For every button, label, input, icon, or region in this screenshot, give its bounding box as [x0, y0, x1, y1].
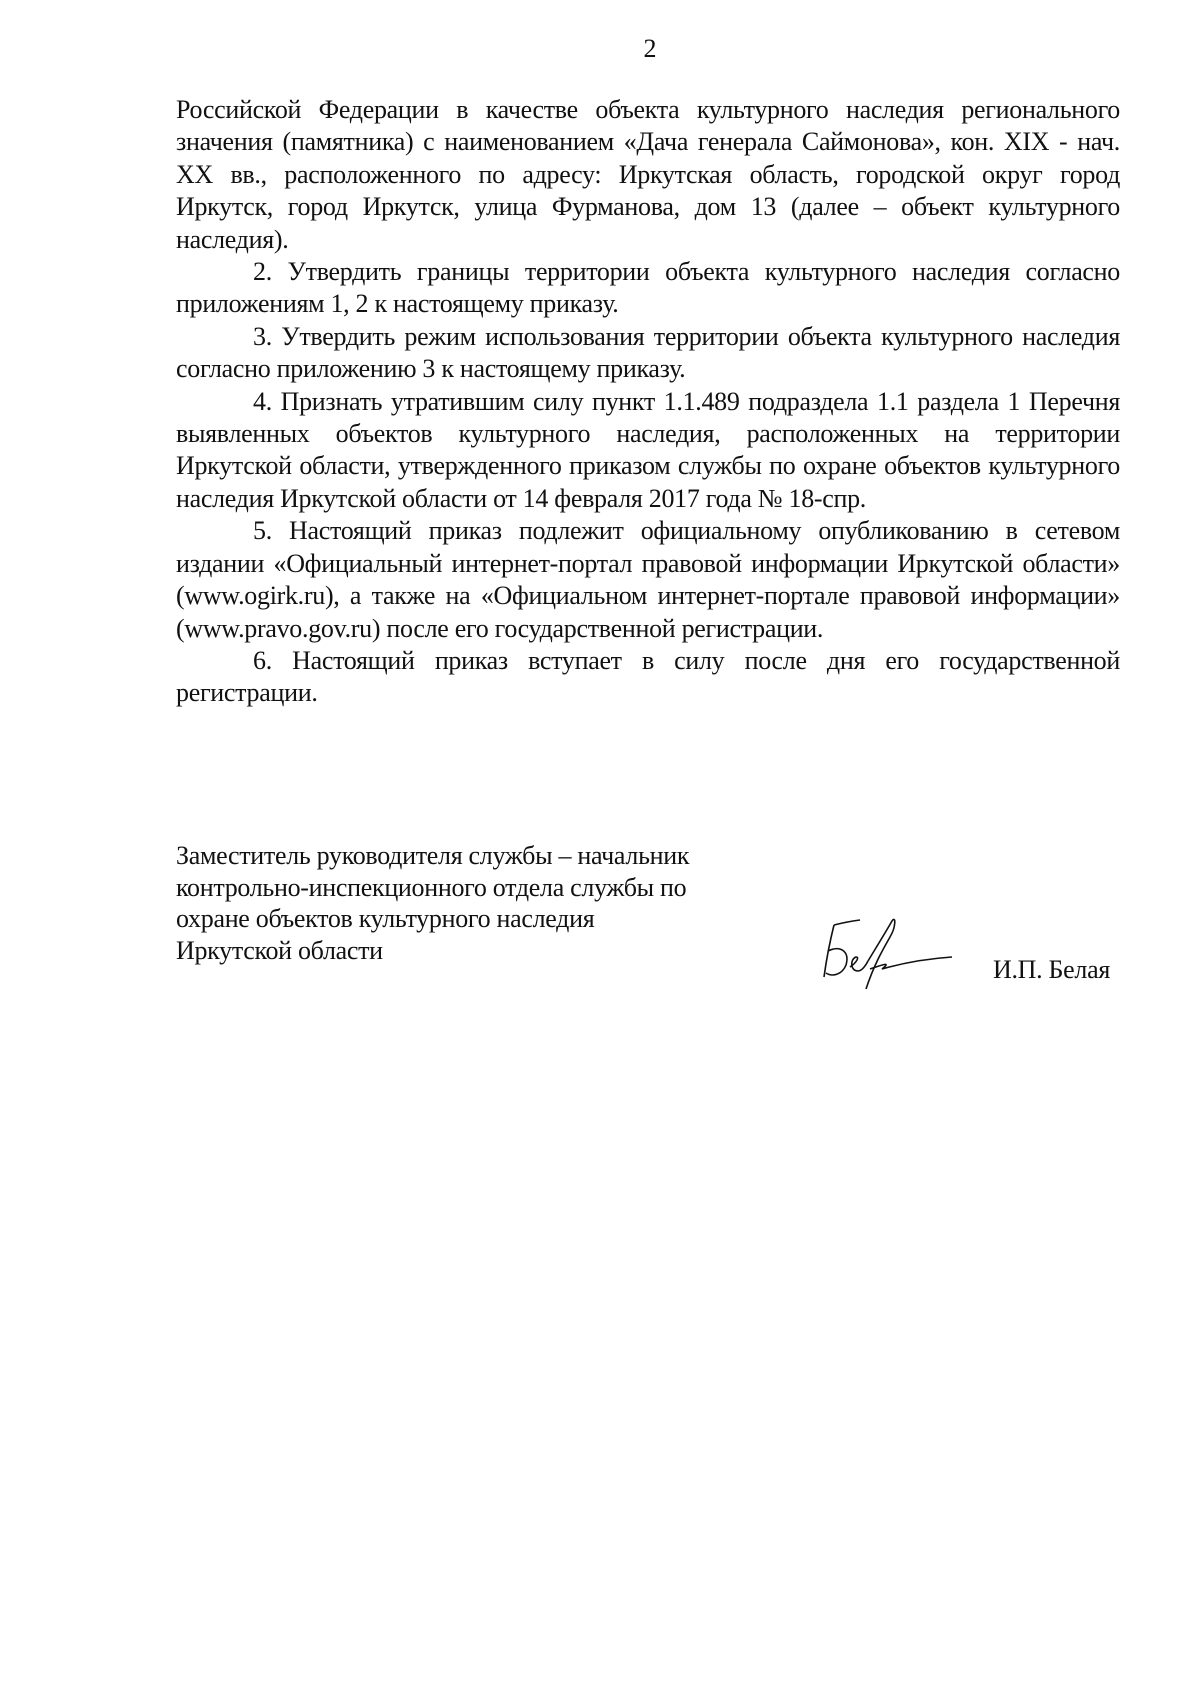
paragraph-item-3: 3. Утвердить режим использования террито… [176, 321, 1120, 386]
position-line: охране объектов культурного наследия [176, 903, 776, 935]
page-number: 2 [0, 34, 1200, 64]
document-body: Российской Федерации в качестве объекта … [176, 94, 1120, 710]
position-line: контрольно-инспекционного отдела службы … [176, 872, 776, 904]
paragraph-1-continuation: Российской Федерации в качестве объекта … [176, 94, 1120, 256]
position-line: Заместитель руководителя службы – началь… [176, 840, 776, 872]
paragraph-item-6: 6. Настоящий приказ вступает в силу посл… [176, 645, 1120, 710]
handwritten-signature-icon [812, 915, 962, 995]
position-line: Иркутской области [176, 935, 776, 967]
signatory-position: Заместитель руководителя службы – началь… [176, 840, 776, 966]
paragraph-item-4: 4. Признать утратившим силу пункт 1.1.48… [176, 386, 1120, 516]
paragraph-item-2: 2. Утвердить границы территории объекта … [176, 256, 1120, 321]
paragraph-item-5: 5. Настоящий приказ подлежит официальном… [176, 515, 1120, 645]
signer-name: И.П. Белая [993, 955, 1110, 985]
